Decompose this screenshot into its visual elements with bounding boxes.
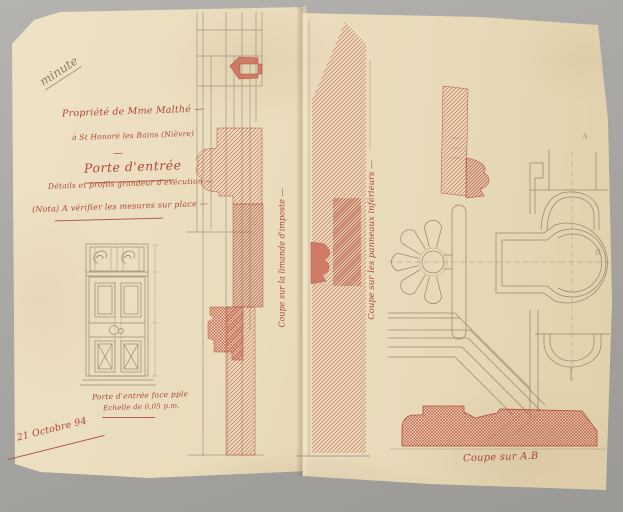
scale-underline bbox=[102, 417, 155, 418]
plan-mark-b: B bbox=[595, 248, 601, 257]
separator-dash: — bbox=[113, 148, 123, 159]
caption-section-imposte: Coupe sur la limande d'imposte — bbox=[278, 188, 287, 327]
caption-section-panneaux: Coupe sur les panneaux inférieurs — bbox=[367, 160, 377, 320]
plan-mark-a: A bbox=[582, 132, 588, 141]
photographed-drawing: minute Propriété de Mme Malthé — à St Ho… bbox=[0, 0, 623, 512]
